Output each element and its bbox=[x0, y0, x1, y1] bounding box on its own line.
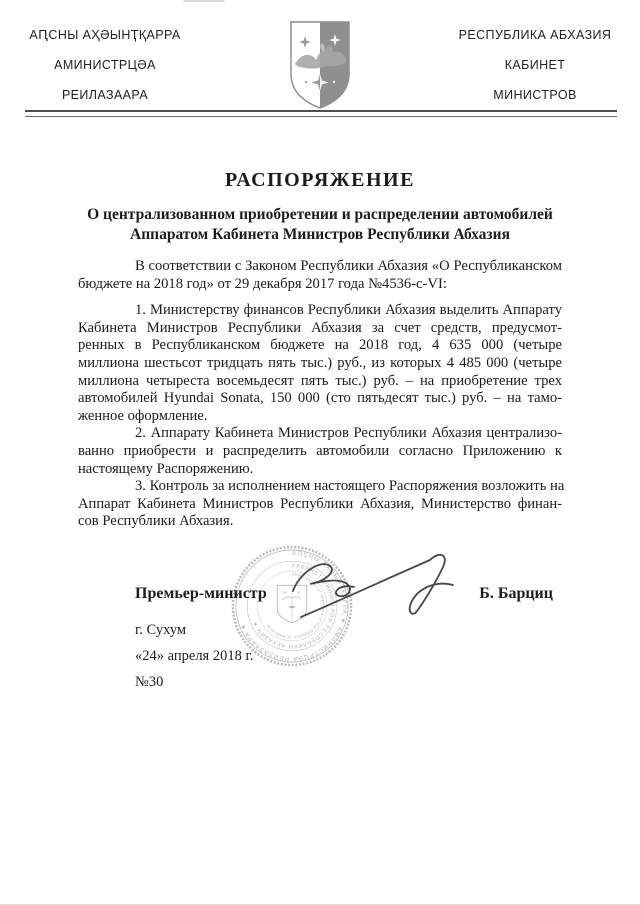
paragraph-line: Кабинета Министров Республики Абхазия за… bbox=[78, 320, 562, 338]
doc-title: РАСПОРЯЖЕНИЕ bbox=[0, 169, 640, 192]
letterhead-left-line: АԤСНЫ АҲӘЫНҬҚАРРА bbox=[0, 20, 210, 50]
paragraph-line: сов Республики Абхазия. bbox=[78, 513, 562, 531]
doc-subject-line: Аппаратом Кабинета Министров Республики … bbox=[0, 225, 640, 245]
paragraph: В соответствии с Законом Республики Абха… bbox=[78, 258, 562, 293]
paragraph-line: бюджете на 2018 год» от 29 декабря 2017 … bbox=[78, 276, 562, 294]
coat-of-arms bbox=[210, 20, 430, 106]
paragraph-line: женное оформление. bbox=[78, 408, 562, 426]
paragraph-line: Аппарат Кабинета Министров Республики Аб… bbox=[78, 496, 562, 514]
paragraph-line: В соответствии с Законом Республики Абха… bbox=[78, 258, 562, 276]
letterhead: АԤСНЫ АҲӘЫНҬҚАРРА АМИНИСТРЦӘА РЕИЛАЗААРА bbox=[0, 0, 640, 106]
signature-block: АԤСНЫ АҲӘЫНҬҚАРРА ★ АМИНИСТРЦӘА РЕИЛАЗАА… bbox=[0, 545, 640, 725]
paragraph: 3. Контроль за исполнением настоящего Ра… bbox=[78, 478, 562, 531]
document-page: АԤСНЫ АҲӘЫНҬҚАРРА АМИНИСТРЦӘА РЕИЛАЗААРА bbox=[0, 0, 640, 905]
paragraph-line: ванно приобрести и распределить автомоби… bbox=[78, 443, 562, 461]
paragraph: 2. Аппарату Кабинета Министров Республик… bbox=[78, 425, 562, 478]
paragraph-line: автомобилей Hyundai Sonata, 150 000 (сто… bbox=[78, 390, 562, 408]
paragraph-line: 1. Министерству финансов Республики Абха… bbox=[78, 302, 562, 320]
abkhazia-coat-of-arms-icon bbox=[289, 20, 351, 110]
document-number: №30 bbox=[135, 669, 253, 695]
header-rule bbox=[25, 110, 617, 117]
signature-meta: г. Сухум «24» апреля 2018 г. №30 bbox=[135, 617, 253, 695]
handwritten-signature bbox=[283, 547, 463, 627]
letterhead-left-line: РЕИЛАЗААРА bbox=[0, 80, 210, 110]
paragraph-line: 3. Контроль за исполнением настоящего Ра… bbox=[78, 478, 562, 496]
signatory-role: Премьер-министр bbox=[135, 585, 267, 603]
letterhead-left-line: АМИНИСТРЦӘА bbox=[0, 50, 210, 80]
letterhead-right-line: РЕСПУБЛИКА АБХАЗИЯ bbox=[430, 20, 640, 50]
paragraph-line: ренных в Республиканском бюджете на 2018… bbox=[78, 337, 562, 355]
letterhead-right: РЕСПУБЛИКА АБХАЗИЯ КАБИНЕТ МИНИСТРОВ bbox=[430, 20, 640, 106]
paragraph-line: 2. Аппарату Кабинета Министров Республик… bbox=[78, 425, 562, 443]
doc-subject-line: О централизованном приобретении и распре… bbox=[0, 205, 640, 225]
document-body: В соответствии с Законом Республики Абха… bbox=[78, 258, 562, 531]
paragraph-line: настоящему Распоряжению. bbox=[78, 461, 562, 479]
signature-date: «24» апреля 2018 г. bbox=[135, 643, 253, 669]
letterhead-left: АԤСНЫ АҲӘЫНҬҚАРРА АМИНИСТРЦӘА РЕИЛАЗААРА bbox=[0, 20, 210, 106]
signatory-name: Б. Барциц bbox=[479, 585, 553, 603]
paragraph-line: миллиона шестьсот тридцать пять тыс.) ру… bbox=[78, 355, 562, 373]
letterhead-right-line: КАБИНЕТ bbox=[430, 50, 640, 80]
paragraph: 1. Министерству финансов Республики Абха… bbox=[78, 302, 562, 425]
paragraph-line: миллиона четыреста восемьдесят пять тыс.… bbox=[78, 373, 562, 391]
doc-subject: О централизованном приобретении и распре… bbox=[0, 205, 640, 244]
letterhead-right-line: МИНИСТРОВ bbox=[430, 80, 640, 110]
signature-place: г. Сухум bbox=[135, 617, 253, 643]
scan-artifact bbox=[183, 0, 225, 2]
